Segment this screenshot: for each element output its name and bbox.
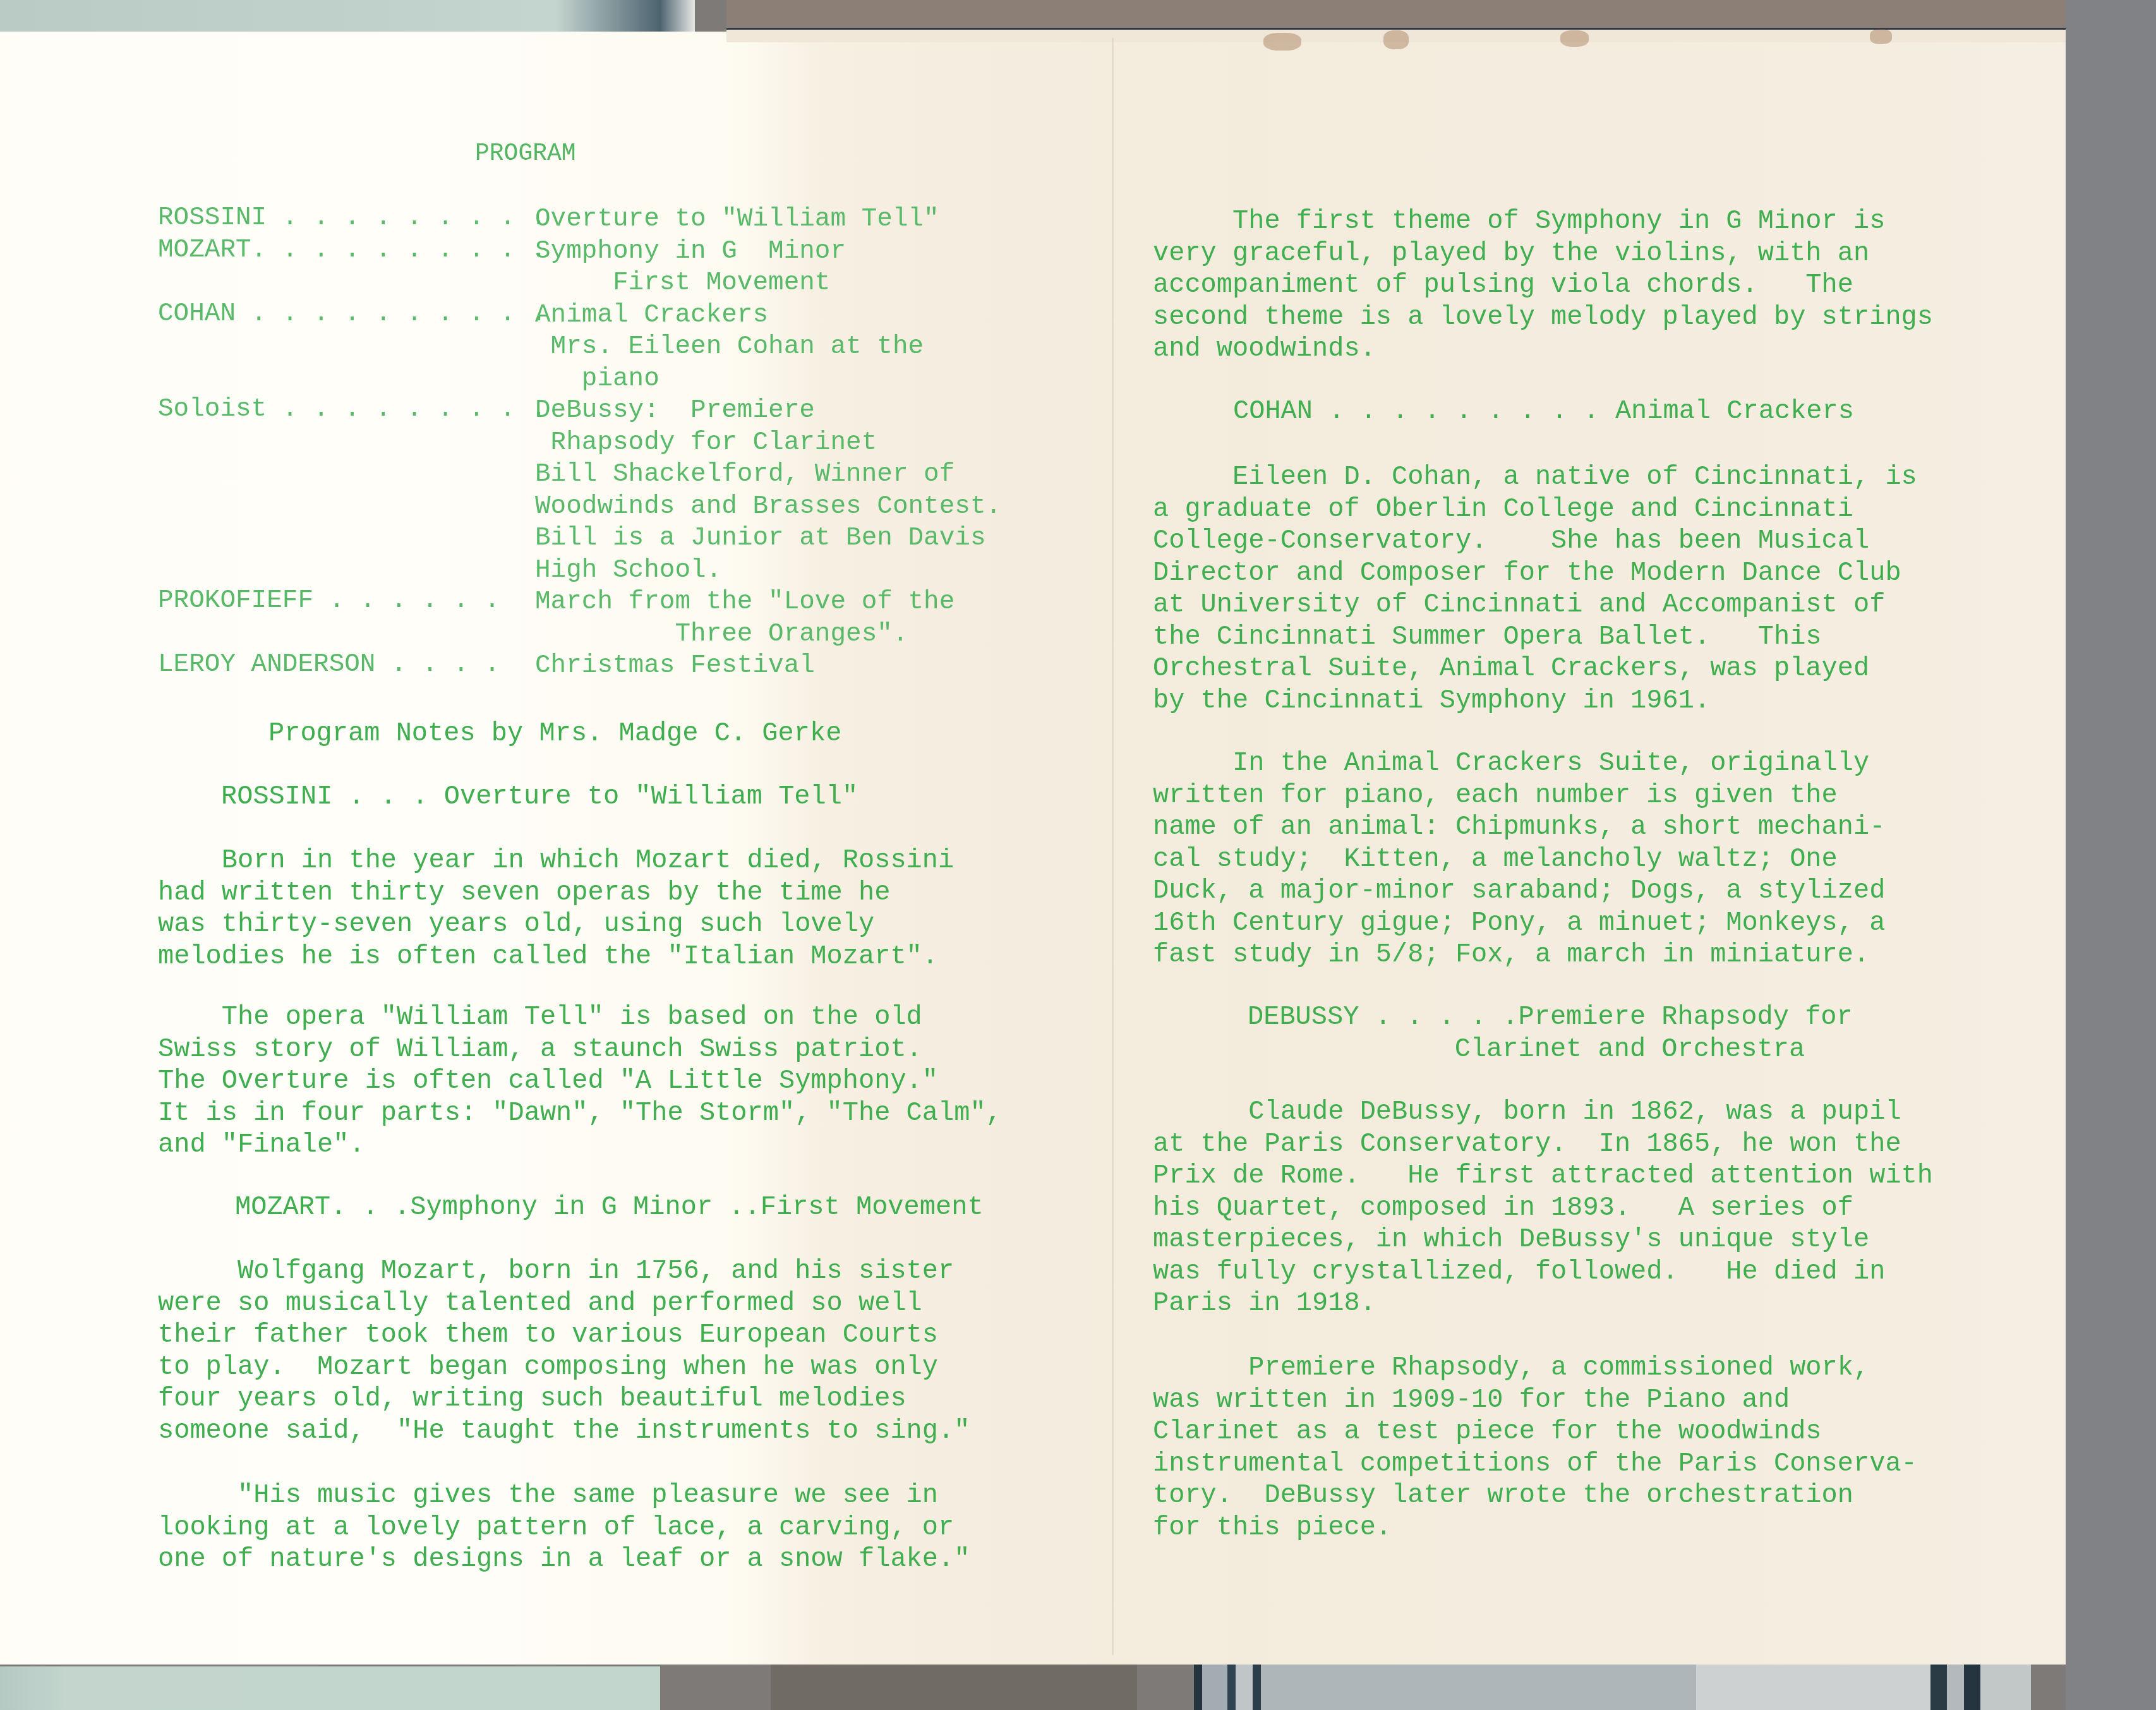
mozart-notes-line: to play. Mozart began composing when he …: [158, 1351, 970, 1383]
debussy-heading-line: DEBUSSY . . . . .Premiere Rhapsody for: [1248, 1001, 1853, 1033]
debussy-bio-paragraph: Claude DeBussy, born in 1862, was a pupi…: [1153, 1096, 1933, 1320]
program-entry-piece: March from the "Love of the Three Orange…: [535, 586, 955, 650]
debussy-rhapsody-line: instrumental competitions of the Paris C…: [1153, 1448, 1917, 1480]
cohan-suite-line: fast study in 5/8; Fox, a march in minia…: [1153, 939, 1885, 971]
program-entry-composer: COHAN . . . . . . . . . .: [158, 299, 546, 328]
program-entry-piece-line: Rhapsody for Clarinet: [535, 427, 1001, 459]
debussy-bio-line: Claude DeBussy, born in 1862, was a pupi…: [1153, 1096, 1933, 1128]
debussy-rhapsody-line: Premiere Rhapsody, a commissioned work,: [1153, 1352, 1917, 1384]
rossini-notes-line: The opera "William Tell" is based on the…: [158, 1001, 1002, 1033]
program-entry-piece-line: Bill is a Junior at Ben Davis: [535, 522, 1001, 555]
program-entry-piece-line: March from the "Love of the: [535, 586, 955, 618]
debussy-bio-line: his Quartet, composed in 1893. A series …: [1153, 1192, 1933, 1224]
cohan-suite-line: name of an animal: Chipmunks, a short me…: [1153, 811, 1885, 843]
program-entry-piece: DeBussy: Premiere Rhapsody for ClarinetB…: [535, 395, 1001, 586]
cohan-bio-line: Eileen D. Cohan, a native of Cincinnati,…: [1153, 461, 1917, 493]
cohan-bio-line: Director and Composer for the Modern Dan…: [1153, 557, 1917, 589]
cohan-suite-line: In the Animal Crackers Suite, originally: [1153, 747, 1885, 780]
program-entry-composer: LEROY ANDERSON . . . .: [158, 650, 500, 679]
program-entry-piece: Overture to "William Tell": [535, 203, 939, 236]
cohan-suite-line: cal study; Kitten, a melancholy waltz; O…: [1153, 843, 1885, 876]
program-entry-composer: ROSSINI . . . . . . . . .: [158, 203, 546, 232]
stain: [1870, 29, 1892, 44]
rossini-notes-line: It is in four parts: "Dawn", "The Storm"…: [158, 1097, 1002, 1129]
mozart-quote-line: one of nature's designs in a leaf or a s…: [158, 1543, 970, 1575]
program-entry-piece: Animal Crackers Mrs. Eileen Cohan at the…: [535, 299, 924, 395]
cohan-suite-paragraph: In the Animal Crackers Suite, originally…: [1153, 747, 1885, 971]
mozart-notes-line: were so musically talented and performed…: [158, 1287, 970, 1320]
rossini-notes-line: Swiss story of William, a staunch Swiss …: [158, 1033, 1002, 1066]
cohan-bio-line: College-Conservatory. She has been Music…: [1153, 525, 1917, 557]
cohan-notes-heading: COHAN . . . . . . . . . Animal Crackers: [1233, 396, 1854, 426]
mozart-themes-paragraph: The first theme of Symphony in G Minor i…: [1153, 205, 1933, 365]
mozart-quote-paragraph: "His music gives the same pleasure we se…: [158, 1479, 970, 1575]
mozart-themes-line: accompaniment of pulsing viola chords. T…: [1153, 269, 1933, 301]
background-object-bottom-left: [0, 1666, 660, 1710]
program-entry-piece: Symphony in G Minor First Movement: [535, 236, 846, 299]
program-entry-piece-line: piano: [535, 363, 924, 395]
program-entry-composer: MOZART. . . . . . . . . .: [158, 236, 546, 265]
mozart-themes-line: second theme is a lovely melody played b…: [1153, 301, 1933, 334]
rossini-notes-line: The Overture is often called "A Little S…: [158, 1065, 1002, 1097]
program-entry-piece-line: Three Oranges".: [535, 618, 955, 651]
mozart-notes-line: someone said, "He taught the instruments…: [158, 1415, 970, 1447]
cohan-bio-line: at University of Cincinnati and Accompan…: [1153, 589, 1917, 621]
cohan-suite-line: Duck, a major-minor saraband; Dogs, a st…: [1153, 875, 1885, 907]
mozart-notes-heading: MOZART. . .Symphony in G Minor ..First M…: [235, 1192, 984, 1222]
scanner-bed-right: [2066, 0, 2156, 1710]
cohan-bio-line: the Cincinnati Summer Opera Ballet. This: [1153, 621, 1917, 653]
program-heading: PROGRAM: [475, 140, 576, 167]
debussy-heading-line: Clarinet and Orchestra: [1248, 1033, 1853, 1066]
mozart-notes-line: four years old, writing such beautiful m…: [158, 1383, 970, 1415]
program-entry-piece-line: Symphony in G Minor: [535, 236, 846, 268]
debussy-bio-line: was fully crystallized, followed. He die…: [1153, 1256, 1933, 1288]
program-entry-piece-line: Bill Shackelford, Winner of: [535, 459, 1001, 491]
program-entry-composer: Soloist . . . . . . . . .: [158, 395, 546, 424]
debussy-rhapsody-line: was written in 1909-10 for the Piano and: [1153, 1384, 1917, 1416]
background-object-bottom-middle: [771, 1661, 1137, 1710]
mozart-notes-line: Wolfgang Mozart, born in 1756, and his s…: [158, 1255, 970, 1287]
program-entry-piece-line: DeBussy: Premiere: [535, 395, 1001, 427]
rossini-notes-line: was thirty-seven years old, using such l…: [158, 908, 954, 941]
debussy-rhapsody-line: Clarinet as a test piece for the woodwin…: [1153, 1416, 1917, 1448]
program-entry-piece-line: Mrs. Eileen Cohan at the: [535, 331, 924, 363]
mozart-notes-line: their father took them to various Europe…: [158, 1319, 970, 1351]
program-entry-piece-line: Woodwinds and Brasses Contest.: [535, 491, 1001, 523]
rossini-notes-line: had written thirty seven operas by the t…: [158, 877, 954, 909]
mozart-notes-paragraph: Wolfgang Mozart, born in 1756, and his s…: [158, 1255, 970, 1447]
mozart-themes-line: very graceful, played by the violins, wi…: [1153, 238, 1933, 270]
rossini-notes-line: melodies he is often called the "Italian…: [158, 941, 954, 973]
cohan-suite-line: written for piano, each number is given …: [1153, 780, 1885, 812]
program-entry-piece-line: First Movement: [535, 267, 846, 299]
program-entry-piece: Christmas Festival: [535, 650, 815, 682]
cohan-bio-paragraph: Eileen D. Cohan, a native of Cincinnati,…: [1153, 461, 1917, 716]
mozart-quote-line: "His music gives the same pleasure we se…: [158, 1479, 970, 1512]
rossini-notes-paragraph: The opera "William Tell" is based on the…: [158, 1001, 1002, 1161]
rossini-notes-line: and "Finale".: [158, 1129, 1002, 1161]
debussy-notes-heading: DEBUSSY . . . . .Premiere Rhapsody for C…: [1248, 1001, 1853, 1065]
program-entry-piece-line: Overture to "William Tell": [535, 203, 939, 236]
rossini-notes-line: Born in the year in which Mozart died, R…: [158, 845, 954, 877]
program-entry-piece-line: High School.: [535, 555, 1001, 587]
debussy-bio-line: masterpieces, in which DeBussy's unique …: [1153, 1224, 1933, 1256]
mozart-themes-line: and woodwinds.: [1153, 333, 1933, 365]
stain: [1383, 30, 1409, 49]
program-entry-composer: PROKOFIEFF . . . . . .: [158, 586, 500, 615]
program-entry-piece-line: Christmas Festival: [535, 650, 815, 682]
rossini-notes-paragraph: Born in the year in which Mozart died, R…: [158, 845, 954, 972]
program-entry-piece-line: Animal Crackers: [535, 299, 924, 332]
page-fold: [1112, 38, 1114, 1655]
debussy-bio-line: Prix de Rome. He first attracted attenti…: [1153, 1160, 1933, 1192]
cohan-bio-line: by the Cincinnati Symphony in 1961.: [1153, 685, 1917, 717]
mozart-themes-line: The first theme of Symphony in G Minor i…: [1153, 205, 1933, 238]
stain: [1263, 33, 1301, 51]
debussy-rhapsody-line: tory. DeBussy later wrote the orchestrat…: [1153, 1479, 1917, 1512]
mozart-quote-line: looking at a lovely pattern of lace, a c…: [158, 1512, 970, 1544]
debussy-bio-line: at the Paris Conservatory. In 1865, he w…: [1153, 1128, 1933, 1160]
cohan-bio-line: a graduate of Oberlin College and Cincin…: [1153, 493, 1917, 526]
debussy-rhapsody-paragraph: Premiere Rhapsody, a commissioned work,w…: [1153, 1352, 1917, 1543]
debussy-rhapsody-line: for this piece.: [1153, 1512, 1917, 1544]
stain: [1560, 30, 1589, 47]
program-notes-byline: Program Notes by Mrs. Madge C. Gerke: [268, 718, 841, 749]
cohan-bio-line: Orchestral Suite, Animal Crackers, was p…: [1153, 653, 1917, 685]
rossini-notes-heading: ROSSINI . . . Overture to "William Tell": [221, 781, 858, 812]
debussy-bio-line: Paris in 1918.: [1153, 1287, 1933, 1320]
cohan-suite-line: 16th Century gigue; Pony, a minuet; Monk…: [1153, 907, 1885, 939]
